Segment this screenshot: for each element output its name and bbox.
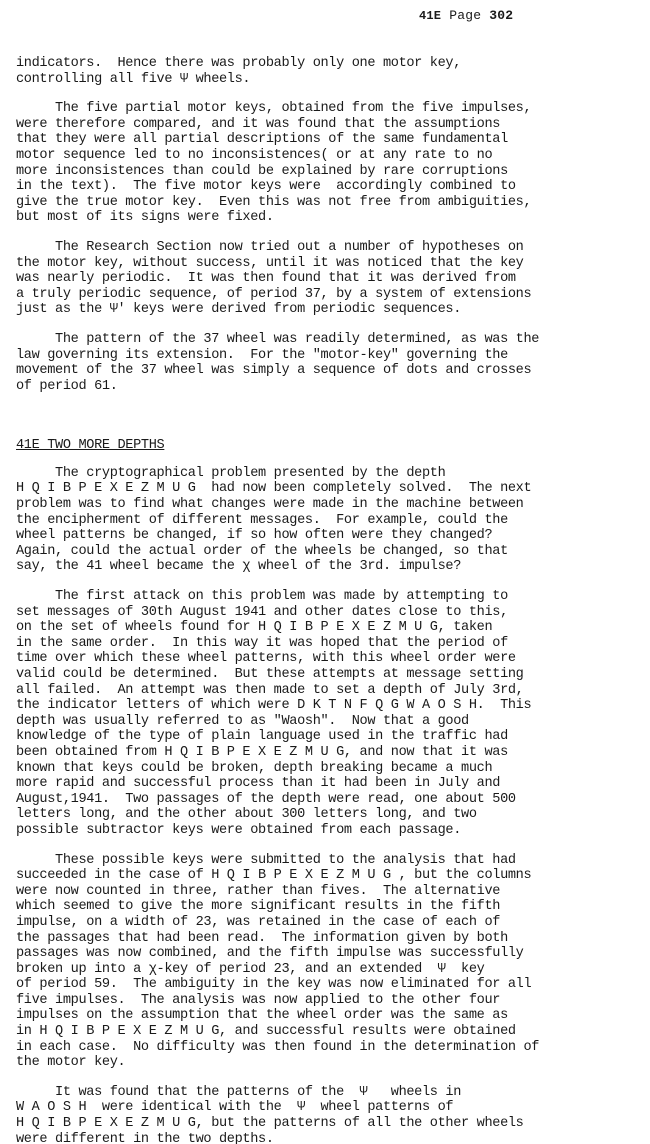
text-line: but most of its signs were fixed. [16, 210, 641, 226]
text-line: motor sequence led to no inconsistences(… [16, 148, 641, 164]
section-paragraph-3: These possible keys were submitted to th… [16, 853, 641, 1071]
text-line: The first attack on this problem was mad… [16, 589, 641, 605]
text-line: indicators. Hence there was probably onl… [16, 56, 641, 72]
text-line: the encipherment of different messages. … [16, 513, 641, 529]
text-line: the motor key. [16, 1055, 641, 1071]
page-header: 41E Page 302 [419, 8, 513, 23]
text-line: more rapid and successful process than i… [16, 776, 641, 792]
text-line: the indicator letters of which were D K … [16, 698, 641, 714]
text-line: passages was now combined, and the fifth… [16, 946, 641, 962]
text-line: time over which these wheel patterns, wi… [16, 651, 641, 667]
text-line: were therefore compared, and it was foun… [16, 117, 641, 133]
text-line: succeeded in the case of H Q I B P E X E… [16, 868, 641, 884]
text-line: H Q I B P E X E Z M U G, but the pattern… [16, 1116, 641, 1132]
text-line: These possible keys were submitted to th… [16, 853, 641, 869]
section-heading: 41E TWO MORE DEPTHS [16, 438, 641, 454]
paragraph-1: indicators. Hence there was probably onl… [16, 56, 641, 87]
text-line: on the set of wheels found for H Q I B P… [16, 620, 641, 636]
text-line: just as the Ψ' keys were derived from pe… [16, 302, 641, 318]
text-line: valid could be determined. But these att… [16, 667, 641, 683]
text-line: The Research Section now tried out a num… [16, 240, 641, 256]
text-line: The cryptographical problem presented by… [16, 466, 641, 482]
section-paragraph-2: The first attack on this problem was mad… [16, 589, 641, 839]
text-line: impulse, on a width of 23, was retained … [16, 915, 641, 931]
text-line: possible subtractor keys were obtained f… [16, 823, 641, 839]
text-line: a truly periodic sequence, of period 37,… [16, 287, 641, 303]
text-line: more inconsistences than could be explai… [16, 164, 641, 180]
text-line: that they were all partial descriptions … [16, 132, 641, 148]
text-line: of period 61. [16, 379, 641, 395]
text-line: controlling all five Ψ wheels. [16, 72, 641, 88]
text-line: was nearly periodic. It was then found t… [16, 271, 641, 287]
text-line: all failed. An attempt was then made to … [16, 683, 641, 699]
text-line: been obtained from H Q I B P E X E Z M U… [16, 745, 641, 761]
section-paragraph-1: The cryptographical problem presented by… [16, 466, 641, 575]
paragraph-2: The five partial motor keys, obtained fr… [16, 101, 641, 226]
document-body: indicators. Hence there was probably onl… [16, 56, 641, 1144]
section-number: 41E [419, 9, 441, 23]
text-line: five impulses. The analysis was now appl… [16, 993, 641, 1009]
text-line: The five partial motor keys, obtained fr… [16, 101, 641, 117]
paragraph-4: The pattern of the 37 wheel was readily … [16, 332, 641, 394]
text-line: depth was usually referred to as "Waosh"… [16, 714, 641, 730]
text-line: It was found that the patterns of the Ψ … [16, 1085, 641, 1101]
text-line: wheel patterns be changed, if so how oft… [16, 528, 641, 544]
text-line: letters long, and the other about 300 le… [16, 807, 641, 823]
text-line: were now counted in three, rather than f… [16, 884, 641, 900]
text-line: of period 59. The ambiguity in the key w… [16, 977, 641, 993]
text-line: movement of the 37 wheel was simply a se… [16, 363, 641, 379]
text-line: give the true motor key. Even this was n… [16, 195, 641, 211]
text-line: were different in the two depths. [16, 1132, 641, 1144]
text-line: August,1941. Two passages of the depth w… [16, 792, 641, 808]
text-line: which seemed to give the more significan… [16, 899, 641, 915]
page-label: Page [449, 8, 481, 23]
text-line: in the same order. In this way it was ho… [16, 636, 641, 652]
text-line: say, the 41 wheel became the χ wheel of … [16, 559, 641, 575]
text-line: in H Q I B P E X E Z M U G, and successf… [16, 1024, 641, 1040]
text-line: known that keys could be broken, depth b… [16, 761, 641, 777]
text-line: Again, could the actual order of the whe… [16, 544, 641, 560]
text-line: W A O S H were identical with the Ψ whee… [16, 1100, 641, 1116]
text-line: the passages that had been read. The inf… [16, 931, 641, 947]
text-line: The pattern of the 37 wheel was readily … [16, 332, 641, 348]
text-line: knowledge of the type of plain language … [16, 729, 641, 745]
text-line: broken up into a χ-key of period 23, and… [16, 962, 641, 978]
text-line: H Q I B P E X E Z M U G had now been com… [16, 481, 641, 497]
text-line: impulses on the assumption that the whee… [16, 1008, 641, 1024]
section-paragraph-4: It was found that the patterns of the Ψ … [16, 1085, 641, 1144]
paragraph-3: The Research Section now tried out a num… [16, 240, 641, 318]
text-line: set messages of 30th August 1941 and oth… [16, 605, 641, 621]
text-line: in each case. No difficulty was then fou… [16, 1040, 641, 1056]
text-line: problem was to find what changes were ma… [16, 497, 641, 513]
text-line: the motor key, without success, until it… [16, 256, 641, 272]
text-line: in the text). The five motor keys were a… [16, 179, 641, 195]
text-line: law governing its extension. For the "mo… [16, 348, 641, 364]
page-number: 302 [489, 8, 513, 23]
